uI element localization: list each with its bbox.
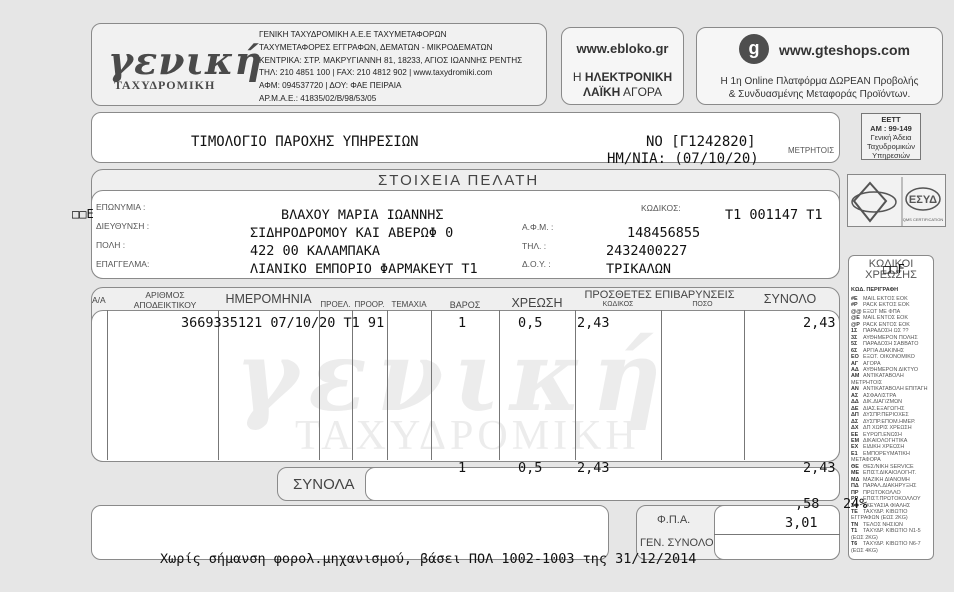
eett-line: ΕΕΤΤ bbox=[862, 115, 920, 124]
gteshops-ad: g www.gteshops.com Η 1η Online Πλατφόρμα… bbox=[696, 27, 943, 105]
charge-code-entry: ΑΜΑΝΤΙΚΑΤΑΒΟΛΗ ΜΕΤΡΗΤΟΙΣ bbox=[851, 373, 933, 386]
charge-code-description: ΔΥΣΠΡ.ΠΕΡΙΟΧΕΣ bbox=[863, 412, 909, 418]
col-header-extra-code: ΚΩΔΙΚΟΣ bbox=[575, 301, 661, 308]
gteshops-tagline: Η 1η Online Πλατφόρμα ΔΩΡΕΑΝ Προβολής & … bbox=[697, 75, 942, 101]
logo-text: γενική bbox=[108, 38, 263, 83]
col-header-extra-amount: ΠΟΣΟ bbox=[661, 301, 744, 308]
charge-code-description: ΜΑΖΙΚΗ ΔΙΑΝΟΜΗ bbox=[863, 477, 910, 483]
col-header-voucher-line: ΑΡΙΘΜΟΣ bbox=[120, 290, 210, 300]
column-divider bbox=[218, 310, 219, 460]
company-line: ΓΕΝΙΚΗ ΤΑΧΥΔΡΟΜΙΚΗ Α.Ε.Ε ΤΑΧΥΜΕΤΑΦΟΡΩΝ bbox=[259, 29, 522, 42]
customer-section-title: ΣΤΟΙΧΕΙΑ ΠΕΛΑΤΗ bbox=[378, 172, 539, 189]
charge-code-description: ΣΚΕΥΑΣΙΑ ΦΙΑΛΗΣ bbox=[863, 503, 910, 509]
ebloko-ad: www.ebloko.gr Η ΗΛΕΚΤΡΟΝΙΚΗ ΛΑΪΚΗ ΑΓΟΡΑ bbox=[561, 27, 684, 105]
gteshops-tag-line: Η 1η Online Πλατφόρμα ΔΩΡΕΑΝ Προβολής bbox=[697, 75, 942, 88]
charge-code-entry: Τ1ΤΑΧΥΔΡ. ΚΙΒΩΤΙΟ Ν1-5 (ΕΩΣ 2KG) bbox=[851, 528, 933, 541]
charge-codes-header: ΚΩΔ. ΠΕΡΙΓΡΑΦΗ bbox=[851, 287, 898, 293]
company-line: ΤΗΛ: 210 4851 100 | FAX: 210 4812 902 | … bbox=[259, 67, 522, 80]
eett-line: Ταχυδρομικών bbox=[862, 142, 920, 151]
charge-code-description: ΕΞΩΤ ΜΕ ΦΠΑ bbox=[863, 309, 900, 315]
charge-code-description: ΔΠ ΧΩΡΙΣ ΧΡΕΩΣΗ bbox=[863, 425, 912, 431]
charge-code-description: ΠΡΩΤΟΚΟΛΛΟ bbox=[863, 490, 901, 496]
charge-code-description: ΠΑΡΑΔΟΣΗ ΩΣ ?? bbox=[863, 328, 909, 334]
row-voucher-date-route: 3669335121 07/10/20 Τ1 91 bbox=[181, 315, 384, 331]
stray-glyph: □□E bbox=[72, 207, 94, 221]
company-details: ΓΕΝΙΚΗ ΤΑΧΥΔΡΟΜΙΚΗ Α.Ε.Ε ΤΑΧΥΜΕΤΑΦΟΡΩΝ Τ… bbox=[259, 29, 522, 106]
col-header-total: ΣΥΝΟΛΟ bbox=[744, 292, 836, 306]
column-divider bbox=[744, 310, 745, 460]
totals-label: ΣΥΝΟΛΑ bbox=[293, 476, 355, 493]
charge-code-description: ΔΙΚ.ΔΙΑΓ/ΖΜΩΝ bbox=[863, 399, 902, 405]
col-header-extra: ΠΡΟΣΘΕΤΕΣ ΕΠΙΒΑΡΥΝΣΕΙΣ bbox=[575, 289, 744, 301]
totals-weight: 1 bbox=[458, 460, 466, 476]
ebloko-tagline: Η ΗΛΕΚΤΡΟΝΙΚΗ ΛΑΪΚΗ ΑΓΟΡΑ bbox=[562, 70, 683, 100]
ebloko-tag-bold: ΗΛΕΚΤΡΟΝΙΚΗ bbox=[585, 70, 672, 84]
label-afm: Α.Φ.Μ. : bbox=[522, 222, 553, 232]
eett-license-stamp: ΕΕΤΤ ΑΜ : 99-149 Γενική Άδεια Ταχυδρομικ… bbox=[861, 113, 921, 160]
charge-code-description: ΑΡΓΙΑ ΔΙΑΚΙΝΗΣ bbox=[863, 348, 904, 354]
charge-code-description: ΔΙΑΣ.ΕΞΑΓΩΓΗΣ bbox=[863, 406, 904, 412]
column-divider bbox=[661, 310, 662, 460]
grand-total-label: ΓΕΝ. ΣΥΝΟΛΟ bbox=[640, 537, 714, 549]
grand-total: 3,01 bbox=[785, 515, 818, 531]
charge-code-description: ΠΑΡΑΛ.ΔΙΑΚΗΡΥΞΗΣ bbox=[863, 483, 916, 489]
charge-code-description: ΕΞΩΤ. ΟΙΚΟΝΟΜΙΚΟ bbox=[863, 354, 915, 360]
col-header-pieces: ΤΕΜΑΧΙΑ bbox=[387, 300, 431, 309]
charge-code-description: ΕΥΡΩΠ.ΕΝΩΣΗ bbox=[863, 432, 902, 438]
label-doy: Δ.Ο.Υ. : bbox=[522, 259, 551, 269]
charge-code-description: ΑΝΤΙΚΑΤΑΒΟΛΗ ΕΠΙΤΑΓΗ bbox=[863, 386, 928, 392]
geniki-logo: γενική ΤΑΧΥΔΡΟΜΙΚΗ bbox=[106, 34, 256, 94]
svg-text:ΕΣΥΔ: ΕΣΥΔ bbox=[909, 194, 937, 206]
label-address: ΔΙΕΥΘΥΝΣΗ : bbox=[96, 221, 149, 231]
label-code: ΚΩΔΙΚΟΣ: bbox=[641, 203, 681, 213]
customer-doy: ΤΡΙΚΑΛΩΝ bbox=[606, 261, 671, 277]
label-phone: ΤΗΛ. : bbox=[522, 241, 546, 251]
customer-name: ΒΛΑΧΟΥ ΜΑΡΙΑ ΙΩΑΝΝΗΣ bbox=[281, 207, 444, 223]
certification-logos: ΕΣΥΔ QMS CERTIFICATION bbox=[847, 174, 946, 227]
ebloko-tag-bold: ΛΑΪΚΗ bbox=[583, 85, 620, 99]
charge-code-description: MAIL ΕΚΤΟΣ ΕΟΚ bbox=[863, 296, 908, 302]
row-weight: 1 bbox=[458, 315, 466, 331]
invoice-date: ΗΜ/ΝΙΑ: (07/10/20) bbox=[607, 151, 759, 167]
label-profession: ΕΠΑΓΓΕΛΜΑ: bbox=[96, 259, 149, 269]
charge-code-description: ΑΓΟΡΑ bbox=[863, 361, 881, 367]
eett-line: Γενική Άδεια bbox=[862, 133, 920, 142]
column-divider bbox=[107, 310, 108, 460]
svg-text:QMS CERTIFICATION: QMS CERTIFICATION bbox=[903, 217, 944, 222]
vat-divider bbox=[714, 534, 840, 535]
charge-code-entry: Τ6ΤΑΧΥΔΡ. ΚΙΒΩΤΙΟ Ν6-7 (ΕΩΣ 4KG) bbox=[851, 541, 933, 554]
logo-subtext: ΤΑΧΥΔΡΟΜΙΚΗ bbox=[114, 78, 215, 93]
charge-code-description: MAIL ΕΝΤΟΣ ΕΟΚ bbox=[863, 315, 908, 321]
col-header-weight: ΒΑΡΟΣ bbox=[431, 300, 499, 310]
col-header-date: ΗΜΕΡΟΜΗΝΙΑ bbox=[218, 292, 319, 306]
col-header-voucher-line: ΑΠΟΔΕΙΚΤΙΚΟΥ bbox=[120, 300, 210, 310]
col-header-charge: ΧΡΕΩΣΗ bbox=[499, 296, 575, 310]
totals-charge: 0,5 bbox=[518, 460, 542, 476]
customer-code: Τ1 001147 Τ1 bbox=[725, 207, 823, 223]
charge-code-description: ΘΕΣ/ΝΙΚΗ SERVICE bbox=[863, 464, 914, 470]
invoice-title: ΤΙΜΟΛΟΓΙΟ ΠΑΡΟΧΗΣ ΥΠΗΡΕΣΙΩΝ bbox=[191, 134, 419, 150]
company-line: ΚΕΝΤΡΙΚΑ: ΣΤΡ. ΜΑΚΡΥΓΙΑΝΝΗ 81, 18233, ΑΓ… bbox=[259, 55, 522, 68]
gteshops-url: www.gteshops.com bbox=[779, 42, 910, 58]
vat-rate: 24% bbox=[843, 496, 867, 512]
charge-code-description: ΔΙΚΑΙΟΛΟΓΗΤΙΚΑ bbox=[863, 438, 907, 444]
vat-values-box bbox=[714, 505, 840, 560]
charge-code-entry: Ε1ΕΜΠΟΡΕΥΜΑΤΙΚΗ ΜΕΤΑΦΟΡΑ bbox=[851, 451, 933, 464]
company-line: ΑΦΜ: 094537720 | ΔΟΥ: ΦΑΕ ΠΕΙΡΑΙΑ bbox=[259, 80, 522, 93]
customer-phone: 2432400227 bbox=[606, 243, 687, 259]
customer-city: 422 00 ΚΑΛΑΜΠΑΚΑ bbox=[250, 243, 380, 259]
gteshops-cart-icon: g bbox=[739, 34, 769, 64]
column-divider bbox=[319, 310, 320, 460]
column-divider bbox=[352, 310, 353, 460]
column-divider bbox=[499, 310, 500, 460]
row-total: 2,43 bbox=[803, 315, 836, 331]
row-extra-code: 2,43 bbox=[577, 315, 610, 331]
totals-extra: 2,43 bbox=[577, 460, 610, 476]
col-header-aa: Α/Α bbox=[92, 295, 106, 305]
vat-amount: ,58 bbox=[795, 496, 819, 512]
totals-total: 2,43 bbox=[803, 460, 836, 476]
charge-codes-list: #ΕMAIL ΕΚΤΟΣ ΕΟΚ#ΡPACK ΕΚΤΟΣ ΕΟΚ@@ΕΞΩΤ Μ… bbox=[851, 296, 933, 554]
row-charge: 0,5 bbox=[518, 315, 542, 331]
ebloko-tag-part: ΑΓΟΡΑ bbox=[620, 85, 662, 99]
charge-code-description: ΕΠΙΣΤ.ΔΙΚΑΙΟΛΟΓΗΤ. bbox=[863, 470, 916, 476]
charge-code-description: ΠΑΡΑΔΟΣΗ ΣΑΒΒΑΤΟ bbox=[863, 341, 918, 347]
tax-mechanism-note: Χωρίς σήμανση φορολ.μηχανισμού, βάσει ΠΟ… bbox=[160, 551, 696, 567]
quality-certification-icon: ΕΣΥΔ QMS CERTIFICATION bbox=[848, 175, 947, 228]
company-info-box: γενική ΤΑΧΥΔΡΟΜΙΚΗ ΓΕΝΙΚΗ ΤΑΧΥΔΡΟΜΙΚΗ Α.… bbox=[91, 23, 547, 106]
column-divider bbox=[431, 310, 432, 460]
eett-line: Υπηρεσιών bbox=[862, 151, 920, 160]
charge-code-description: ΑΣΦΑΛΙΣΤΡΑ bbox=[863, 393, 896, 399]
eett-line: ΑΜ : 99-149 bbox=[862, 124, 920, 133]
column-divider bbox=[575, 310, 576, 460]
label-name: ΕΠΩΝΥΜΙΑ : bbox=[96, 202, 145, 212]
items-table-body bbox=[91, 310, 840, 462]
stray-glyph: □□F bbox=[883, 262, 905, 276]
ebloko-tag-part: Η bbox=[573, 70, 585, 84]
charge-code-description: ΑΥΘΗΜΕΡΟΝ ΠΟΛΗΣ bbox=[863, 335, 918, 341]
charge-code-description: ΤΕΛΟΣ ΝΗΣΙΩΝ bbox=[863, 522, 903, 528]
payment-method-label: ΜΕΤΡΗΤΟΙΣ bbox=[788, 146, 834, 155]
invoice-number: ΝΟ [Γ1242820] bbox=[646, 134, 756, 150]
customer-address: ΣΙΔΗΡΟΔΡΟΜΟΥ ΚΑΙ ΑΒΕΡΩΦ 0 bbox=[250, 225, 453, 241]
label-city: ΠΟΛΗ : bbox=[96, 240, 125, 250]
customer-afm: 148456855 bbox=[627, 225, 700, 241]
col-header-voucher: ΑΡΙΘΜΟΣ ΑΠΟΔΕΙΚΤΙΚΟΥ bbox=[120, 290, 210, 310]
charge-code-description: PACK ΕΚΤΟΣ ΕΟΚ bbox=[863, 302, 910, 308]
charge-code-description: ΑΥΘΗΜΕΡΟΝ ΔΙΚΤΥΟ bbox=[863, 367, 918, 373]
column-divider bbox=[387, 310, 388, 460]
col-header-origin: ΠΡΟΕΛ. bbox=[319, 300, 352, 309]
vat-label: Φ.Π.Α. bbox=[657, 514, 690, 526]
company-line: ΤΑΧΥΜΕΤΑΦΟΡΕΣ ΕΓΓΡΑΦΩΝ, ΔΕΜΑΤΩΝ - ΜΙΚΡΟΔ… bbox=[259, 42, 522, 55]
col-header-dest: ΠΡΟΟΡ. bbox=[352, 300, 387, 309]
gteshops-tag-line: & Συνδυασμένης Μεταφοράς Προϊόντων. bbox=[697, 88, 942, 101]
charge-code-description: PACK ΕΝΤΟΣ ΕΟΚ bbox=[863, 322, 910, 328]
charge-code-description: ΕΠΙΣΤ.ΠΡΩΤΟΚΟΛΛΟΥ bbox=[863, 496, 921, 502]
ebloko-url: www.ebloko.gr bbox=[562, 41, 683, 56]
company-line: ΑΡ.Μ.Α.Ε.: 41835/02/Β/98/53/05 bbox=[259, 93, 522, 106]
charge-code-description: ΕΙΔΙΚΗ ΧΡΕΩΣΗ bbox=[863, 444, 904, 450]
charge-code-description: ΔΥΣΠΡ.ΕΠΟΜ.ΗΜΕΡ. bbox=[863, 419, 915, 425]
customer-profession: ΛΙΑΝΙΚΟ ΕΜΠΟΡΙΟ ΦΑΡΜΑΚΕΥΤ Τ1 bbox=[250, 261, 478, 277]
